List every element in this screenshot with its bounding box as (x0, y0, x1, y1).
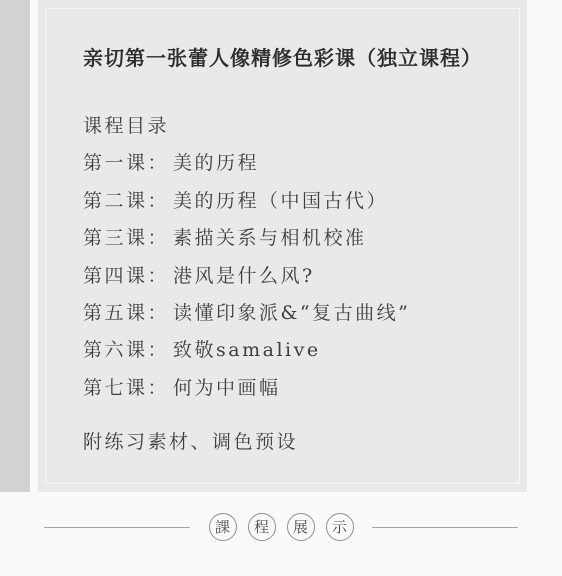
course-label: 第六课： (83, 339, 169, 361)
course-intro-card: 亲切第一张蕾人像精修色彩课（独立课程） 课程目录 第一课：美的历程 第二课：美的… (38, 0, 527, 492)
left-edge-strip (0, 0, 30, 492)
course-item-5: 第五课：读懂印象派&“复古曲线” (83, 295, 410, 332)
course-item-4: 第四课：港风是什么风? (83, 258, 410, 295)
divider-line-left (44, 527, 190, 528)
course-item-7: 第七课：何为中画幅 (83, 370, 410, 407)
page: 亲切第一张蕾人像精修色彩课（独立课程） 课程目录 第一课：美的历程 第二课：美的… (0, 0, 562, 576)
course-label: 第三课： (83, 227, 169, 249)
course-catalog: 课程目录 第一课：美的历程 第二课：美的历程（中国古代） 第三课：素描关系与相机… (83, 108, 410, 462)
divider-line-right (372, 527, 518, 528)
materials-footnote: 附练习素材、调色预设 (83, 424, 410, 461)
course-name: 读懂印象派&“复古曲线” (173, 302, 410, 324)
divider-char-circle-3: 展 (287, 513, 315, 541)
course-item-2: 第二课：美的历程（中国古代） (83, 183, 410, 220)
course-title: 亲切第一张蕾人像精修色彩课（独立课程） (38, 42, 527, 71)
course-name: 何为中画幅 (173, 377, 281, 399)
divider-char: 示 (332, 520, 347, 535)
divider-char-circle-1: 課 (209, 513, 237, 541)
section-divider: 課 程 展 示 (0, 513, 562, 541)
course-label: 第二课： (83, 190, 169, 212)
divider-char-circle-4: 示 (326, 513, 354, 541)
course-name: 美的历程（中国古代） (173, 190, 388, 212)
course-label: 第一课： (83, 152, 169, 174)
course-name: 港风是什么风? (173, 265, 315, 287)
divider-char: 展 (293, 520, 308, 535)
course-name: 致敬samalive (173, 339, 321, 361)
course-name: 素描关系与相机校准 (173, 227, 367, 249)
course-label: 第七课： (83, 377, 169, 399)
course-label: 第四课： (83, 265, 169, 287)
divider-char: 課 (215, 520, 230, 535)
divider-char: 程 (254, 520, 269, 535)
catalog-heading: 课程目录 (83, 108, 410, 145)
divider-char-circle-2: 程 (248, 513, 276, 541)
course-item-3: 第三课：素描关系与相机校准 (83, 220, 410, 257)
course-item-6: 第六课：致敬samalive (83, 332, 410, 369)
course-name: 美的历程 (173, 152, 259, 174)
course-item-1: 第一课：美的历程 (83, 145, 410, 182)
course-label: 第五课： (83, 302, 169, 324)
